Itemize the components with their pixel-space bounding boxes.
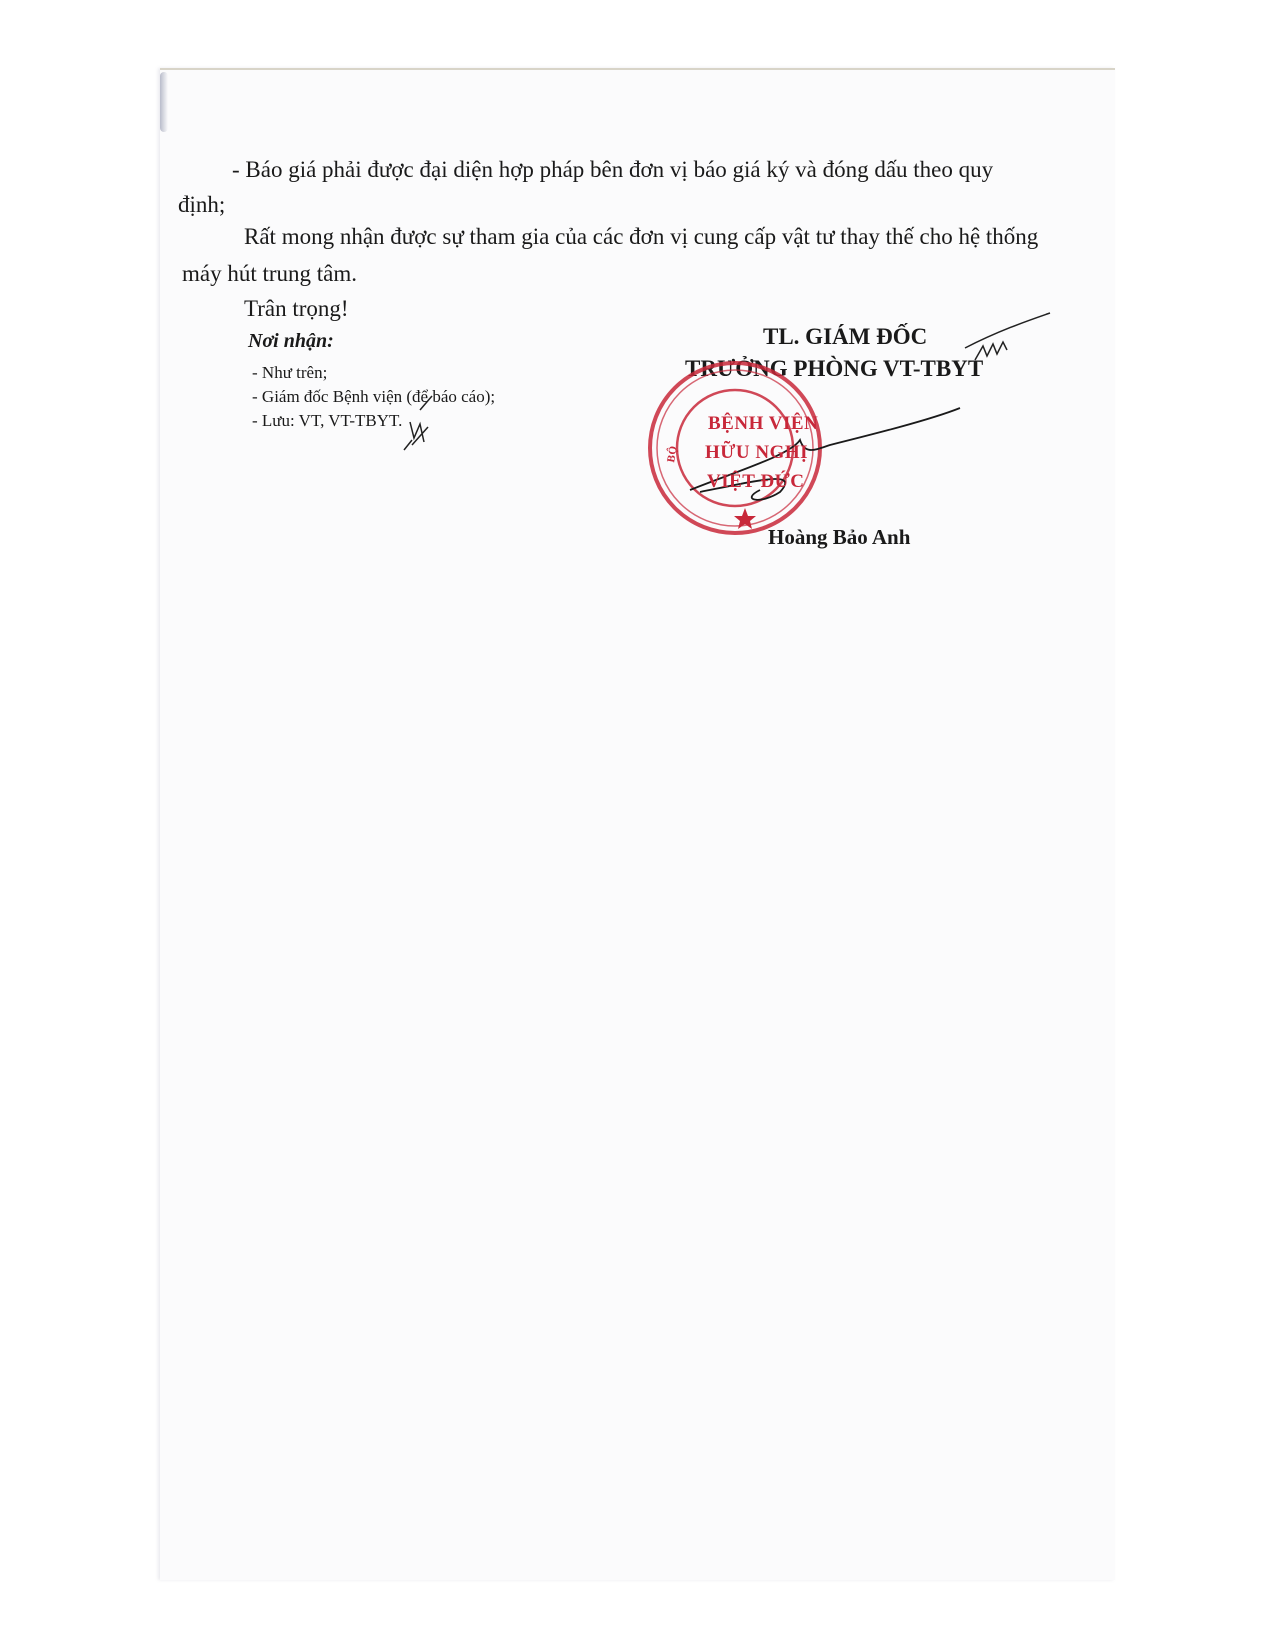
signer-name: Hoàng Bảo Anh [768, 527, 910, 548]
stamp-line-3: VIỆT ĐỨC [707, 471, 804, 493]
recipient-initial-mark-icon [404, 396, 432, 450]
stamp-line-2: HỮU NGHỊ [705, 442, 808, 464]
initials-scribble-icon [965, 313, 1050, 360]
stamp-line-1: BỆNH VIỆN [708, 413, 818, 435]
stamp-and-signature-graphics [0, 0, 1275, 1650]
